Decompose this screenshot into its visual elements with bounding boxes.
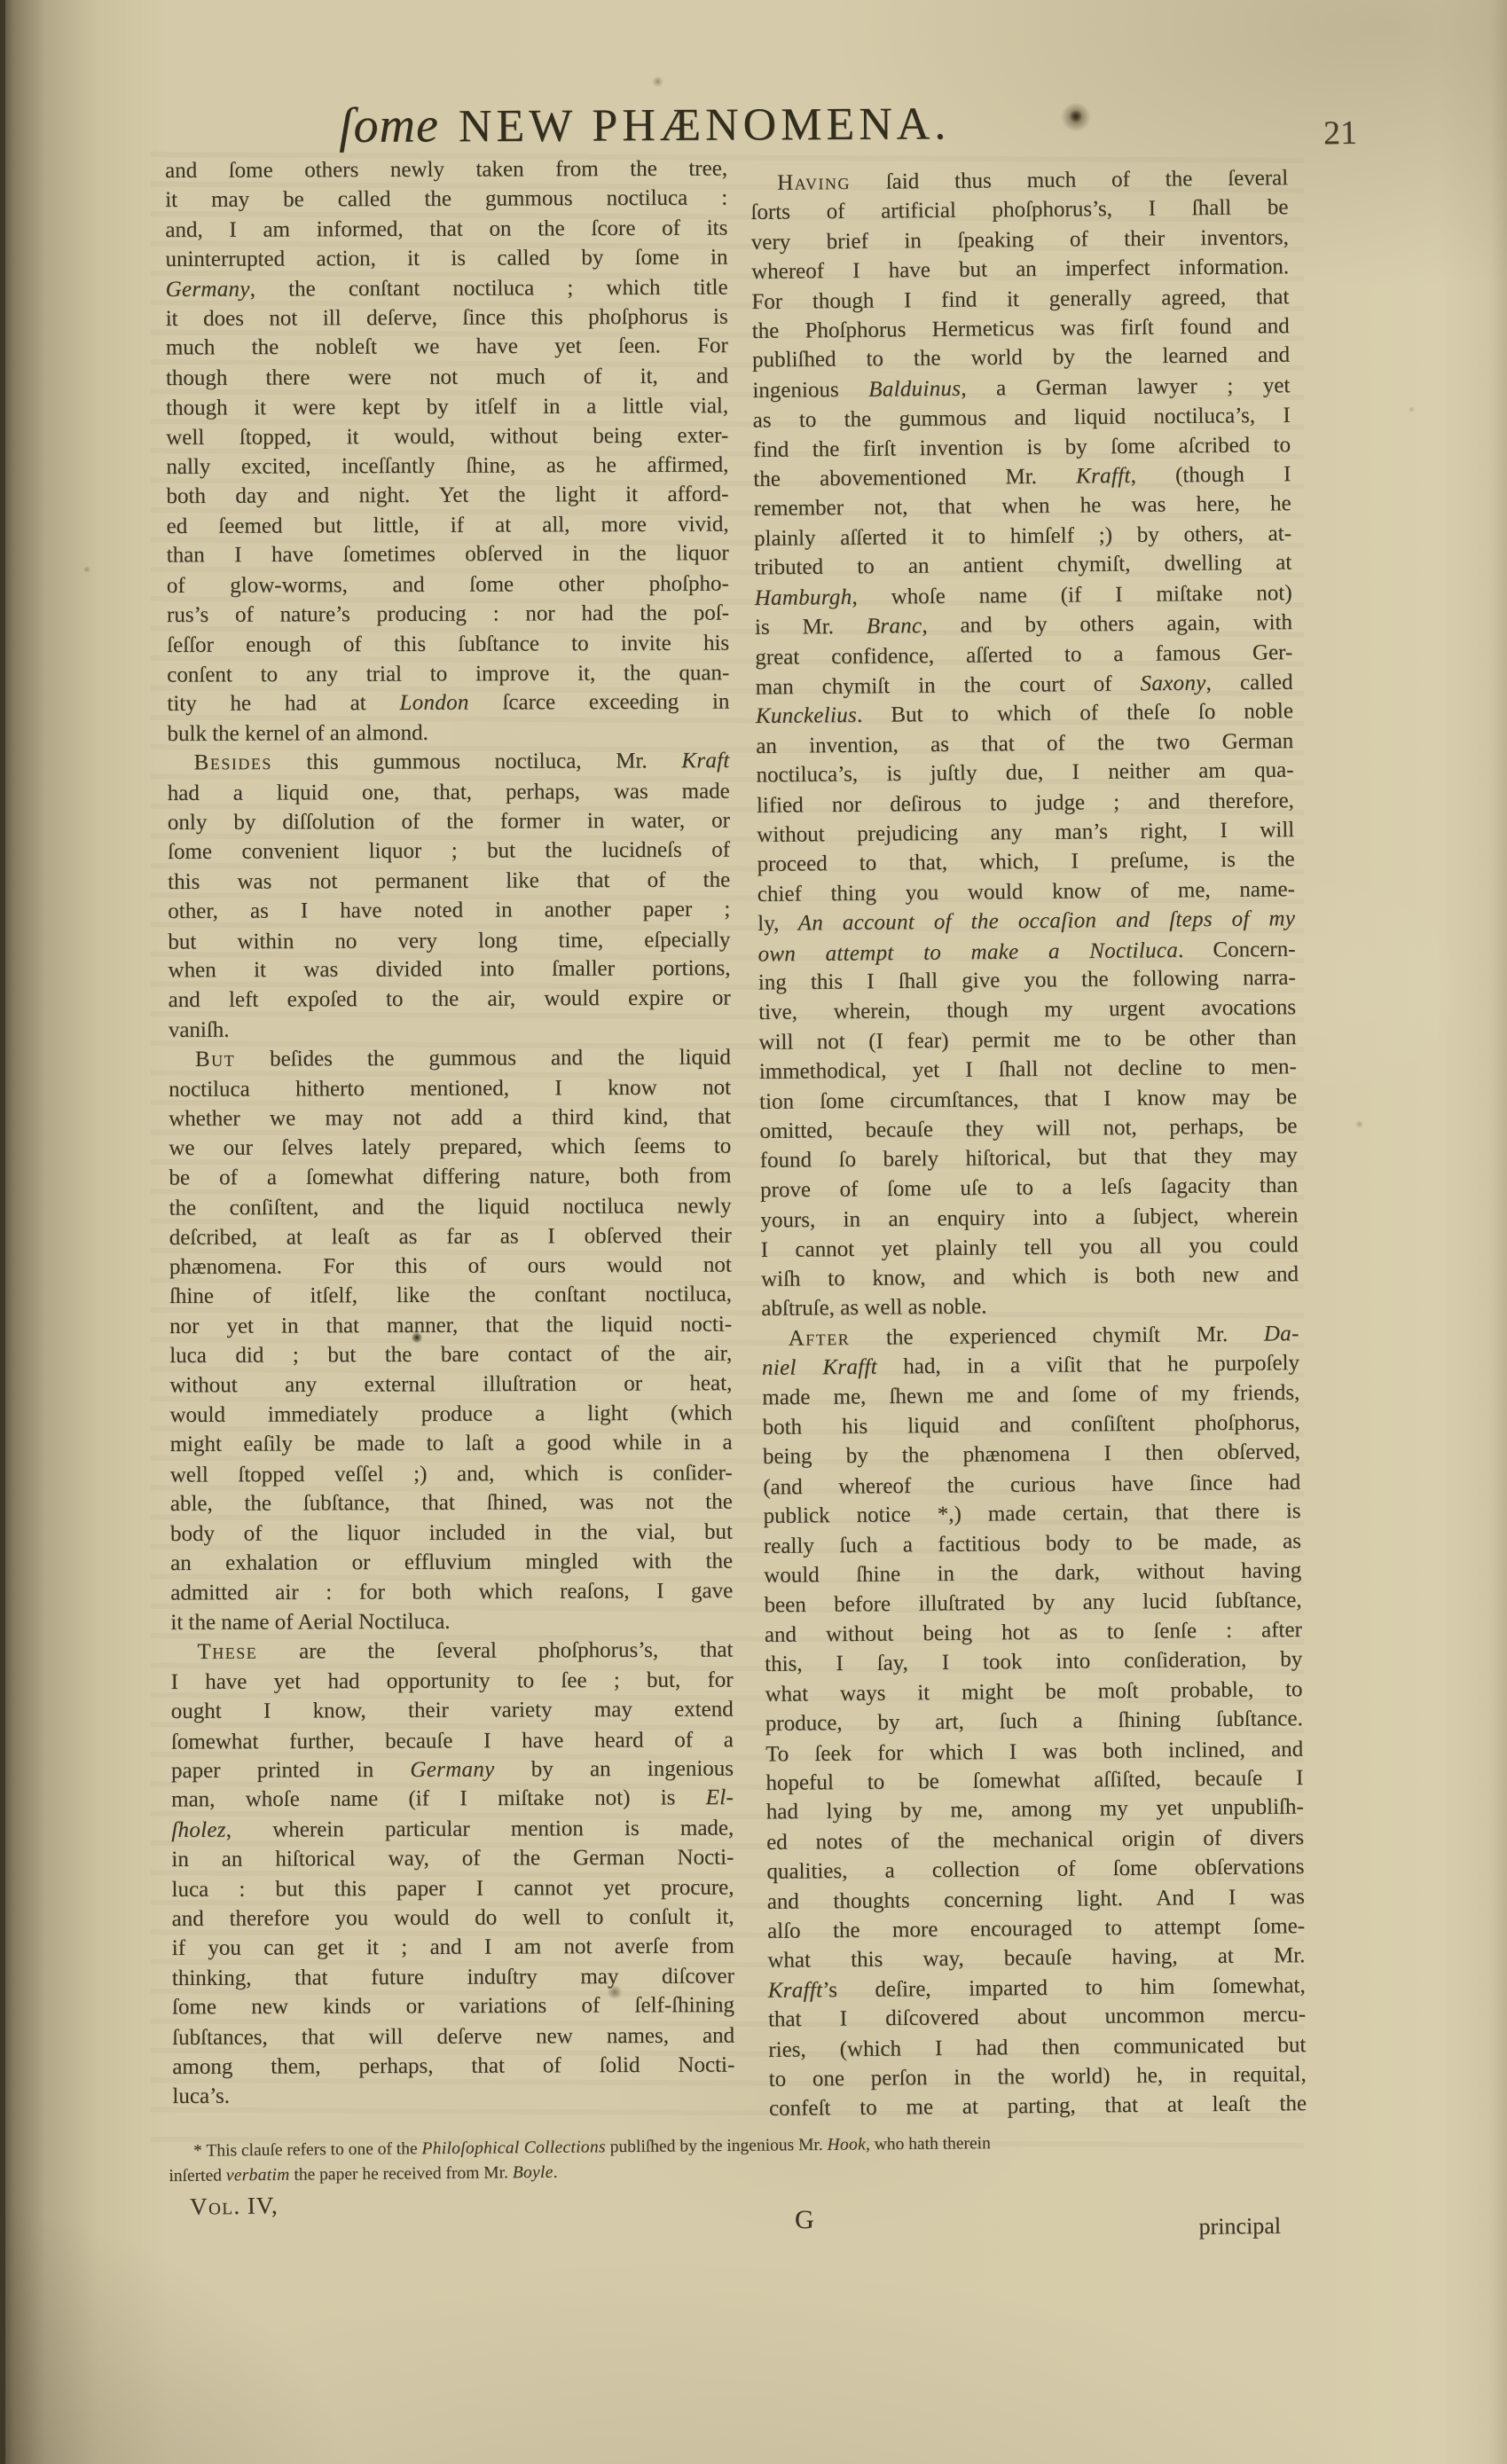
text-line: only by diſſolution of the former in wat… <box>168 805 730 837</box>
text-line: among them, perhaps, that of ſolid Nocti… <box>172 2051 734 2083</box>
text-line: ſeſſor enough of this ſubſtance to invit… <box>167 628 729 660</box>
text-line: ed ſeemed but little, if at all, more vi… <box>167 509 729 541</box>
text-line: vaniſh. <box>169 1013 731 1045</box>
text-line: than I have ſometimes obſerved in the li… <box>167 538 729 570</box>
text-line: I have yet had opportunity to ſee ; but,… <box>171 1665 734 1697</box>
text-line: ſhine of itſelf, like the conſtant nocti… <box>169 1280 732 1312</box>
text-line: immethodical, yet I ſhall not decline to… <box>759 1052 1297 1087</box>
text-line: ſorts of artificial phoſphorus’s, I ſhal… <box>750 193 1288 228</box>
text-line: noctiluca’s, is juſtly due, I neither am… <box>756 756 1293 790</box>
stain-spot <box>83 566 90 573</box>
text-line: luca : but this paper I cannot yet procu… <box>171 1872 734 1904</box>
stain-spot <box>1355 1120 1363 1128</box>
text-line: yours, in an enquiry into a ſubject, whe… <box>760 1201 1298 1236</box>
text-line: would immediately produce a light (which <box>169 1399 732 1431</box>
text-line: much the nobleſt we have yet ſeen. For <box>166 332 728 364</box>
text-line: confeſt to me at parting, that at leaſt … <box>769 2089 1307 2123</box>
text-line: Besides this gummous noctiluca, Mr. Kraf… <box>168 746 730 778</box>
gutter-edge <box>0 0 5 2464</box>
text-line: though there were not much of it, and <box>166 361 728 393</box>
text-line: ly, An account of the occaſion and ſteps… <box>757 904 1295 938</box>
text-line: remember not, that when he was here, he <box>754 490 1291 524</box>
text-column-left: and ſome others newly taken from the tre… <box>165 154 734 2112</box>
text-line: been before illuſtrated by any lucid ſub… <box>764 1585 1301 1620</box>
text-line: ſholez, wherein particular mention is ma… <box>171 1813 734 1845</box>
text-line: Germany, the conſtant noctiluca ; which … <box>166 272 728 304</box>
text-line: able, the ſubſtance, that ſhined, was no… <box>170 1487 733 1519</box>
text-line: had a liquid one, that, perhaps, was mad… <box>168 776 730 808</box>
text-line: publiſhed to the world by the learned an… <box>752 341 1290 375</box>
text-line: tity he had at London ſcarce exceeding i… <box>167 687 729 719</box>
text-line: this, I ſay, I took into conſideration, … <box>765 1644 1302 1679</box>
stain-spot <box>1061 103 1091 131</box>
text-line: conſent to any trial to improve it, the … <box>167 658 729 690</box>
text-line: ſome new kinds or variations of ſelf-ſhi… <box>172 1990 734 2022</box>
text-line: ought I know, their variety may extend <box>171 1695 734 1727</box>
text-line: whether we may not add a third kind, tha… <box>169 1103 731 1134</box>
text-line: These are the ſeveral phoſphorus’s, that <box>170 1636 733 1668</box>
text-line: prove of ſome uſe to a leſs ſagacity tha… <box>760 1170 1298 1205</box>
text-line: phænomena. For this of ours would not <box>169 1251 732 1283</box>
text-line: it does not ill deſerve, ſince this phoſ… <box>166 302 728 334</box>
text-line: well ſtopped, it would, without being ex… <box>166 420 728 452</box>
catchword: principal <box>1103 2213 1281 2241</box>
running-header-lead-italic: ſome <box>339 98 439 153</box>
text-line: be of a ſomewhat differing nature, both … <box>169 1161 731 1193</box>
text-line: produce, by art, ſuch a ſhining ſubſtanc… <box>765 1704 1303 1738</box>
text-line: ſubſtances, that will deſerve new names,… <box>172 2021 734 2052</box>
text-line: admitted air : for both which reaſons, I… <box>170 1576 733 1608</box>
text-line: what this way, becauſe having, at Mr. <box>767 1941 1305 1975</box>
footnote: * This clauſe refers to one of the Philo… <box>169 2129 1284 2189</box>
page-number: 21 <box>1323 114 1358 153</box>
text-line: it the name of Aerial Noctiluca. <box>170 1605 733 1637</box>
text-line: might eaſily be made to laſt a good whil… <box>170 1428 733 1460</box>
text-line: but within no very long time, eſpecially <box>168 925 730 957</box>
text-line: proceed to that, which, I preſume, is th… <box>757 844 1294 879</box>
text-line: But beſides the gummous and the liquid <box>169 1043 731 1075</box>
stain-spot <box>652 76 663 87</box>
text-line: great confidence, aſſerted to a famous G… <box>755 638 1292 672</box>
text-line: other, as I have noted in another paper … <box>168 895 730 927</box>
text-line: ſomewhat further, becauſe I have heard o… <box>171 1725 734 1757</box>
text-line: if you can get it ; and I am not averſe … <box>172 1932 734 1964</box>
text-line: ſome convenient liquor ; but the lucidne… <box>168 836 730 867</box>
text-line: that I diſcovered about uncommon mercu- <box>768 2000 1306 2035</box>
text-line: rus’s of nature’s producing : nor had th… <box>167 599 729 631</box>
text-line: though it were kept by itſelf in a littl… <box>166 391 728 423</box>
text-line: whereof I have but an imperfect informat… <box>751 252 1289 286</box>
text-line: when it was divided into ſmaller portion… <box>168 953 730 985</box>
text-line: tributed to an antient chymiſt, dwelling… <box>754 548 1291 583</box>
text-line: an exhalation or effluvium mingled with … <box>170 1547 733 1579</box>
text-line: had lying by me, among my yet unpubliſh- <box>766 1793 1304 1827</box>
text-column-right: Having ſaid thus much of the ſeveralſort… <box>750 163 1307 2124</box>
text-line: man, whoſe name (if I miſtake not) is El… <box>171 1783 734 1815</box>
text-line: deſcribed, at leaſt as far as I obſerved… <box>169 1220 732 1252</box>
text-line: paper printed in Germany by an ingenious <box>171 1754 734 1785</box>
text-line: we our ſelves lately prepared, which ſee… <box>169 1132 731 1164</box>
text-line: publick notice *,) made certain, that th… <box>763 1496 1300 1531</box>
running-header-title: NEW PHÆNOMENA. <box>459 98 951 152</box>
text-line: is Mr. Branc, and by others again, with <box>755 608 1292 642</box>
text-line: tive, wherein, though my urgent avocatio… <box>758 993 1296 1028</box>
text-line: in an hiſtorical way, of the German Noct… <box>171 1843 734 1875</box>
text-line: nally excited, inceſſantly ſhine, as he … <box>166 451 728 483</box>
text-line: being by the phænomena I then obſerved, <box>763 1438 1300 1472</box>
text-line: body of the liquor included in the vial,… <box>170 1517 733 1549</box>
text-line: ingenious Balduinus, a German lawyer ; y… <box>752 371 1290 405</box>
text-line: uninterrupted action, it is called by ſo… <box>165 243 727 275</box>
signature-mark: G <box>795 2205 814 2235</box>
text-line: of glow-worms, and ſome other phoſpho- <box>167 569 729 600</box>
running-header: ſomeNEW PHÆNOMENA. <box>339 94 995 154</box>
text-line: this was not permanent like that of the <box>168 865 730 897</box>
text-line: qualities, a collection of ſome obſervat… <box>766 1852 1304 1887</box>
text-line: without any external illuſtration or hea… <box>169 1369 732 1401</box>
text-line: Kunckelius. But to which of theſe ſo nob… <box>756 696 1293 731</box>
text-line: noctiluca hitherto mentioned, I know not <box>169 1072 731 1104</box>
stain-spot <box>1409 406 1415 412</box>
text-line: and therefore you would do well to conſu… <box>172 1903 734 1934</box>
text-line: and ſome others newly taken from the tre… <box>165 154 727 186</box>
text-line: To ſeek for which I was both inclined, a… <box>765 1734 1303 1769</box>
text-line: ing this I ſhall give you the following … <box>758 963 1296 998</box>
text-line: luca did ; but the bare contact of the a… <box>169 1339 732 1371</box>
text-line: man chymiſt in the court of Saxony, call… <box>755 668 1292 702</box>
text-line: and, I am informed, that on the ſcore of… <box>165 213 727 245</box>
text-line: well ſtopped veſſel ;) and, which is con… <box>170 1458 733 1490</box>
text-line: bulk the kernel of an almond. <box>167 717 729 749</box>
text-line: (and whereof the curious have ſince had <box>763 1468 1300 1503</box>
text-line: thinking, that future induſtry may diſco… <box>172 1961 734 1993</box>
stain-spot <box>1070 110 1082 122</box>
text-line: and left expoſed to the air, would expir… <box>169 984 731 1016</box>
text-line: both day and night. Yet the light it aff… <box>166 480 728 512</box>
book-page-scan: ſomeNEW PHÆNOMENA. 21 and ſome others ne… <box>0 0 1507 2464</box>
text-line: nor yet in that manner, that the liquid … <box>169 1309 732 1341</box>
text-line: as to the gummous and liquid noctiluca’s… <box>753 401 1291 436</box>
text-line: wiſh to know, and which is both new and <box>761 1259 1299 1294</box>
footer-volume-label: Vol. IV, <box>190 2192 279 2220</box>
text-line: the conſiſtent, and the liquid noctiluca… <box>169 1191 731 1223</box>
text-line: luca’s. <box>172 2080 734 2112</box>
text-line: made me, ſhewn me and ſome of my friends… <box>762 1377 1299 1412</box>
text-line: it may be called the gummous noctiluca : <box>165 184 727 216</box>
